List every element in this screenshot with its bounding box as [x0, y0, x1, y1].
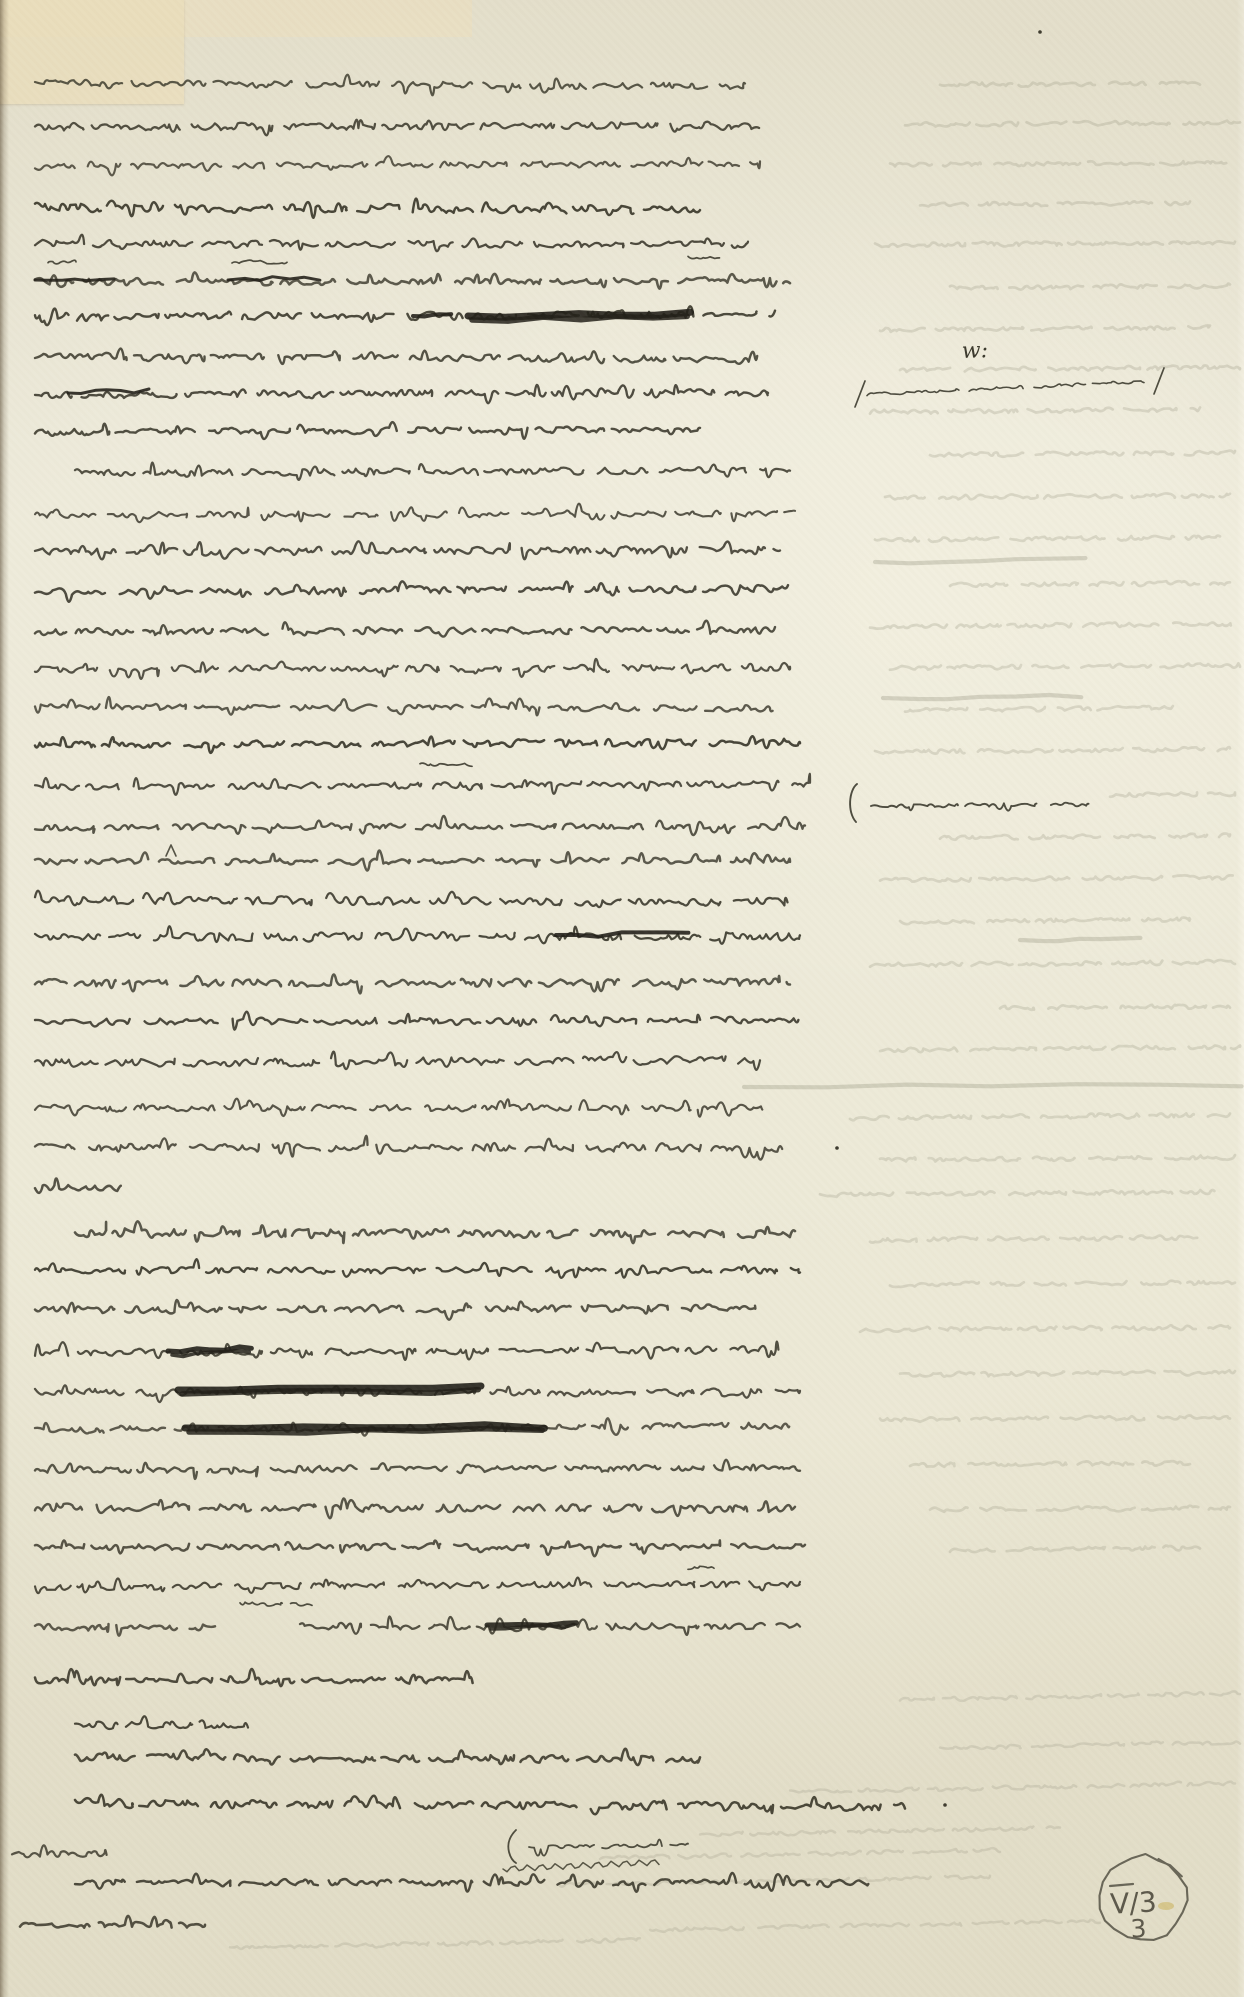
bleed-line	[890, 1281, 1235, 1287]
inserted-word	[420, 763, 472, 766]
handwritten-line	[35, 120, 759, 136]
bleed-line	[900, 365, 1240, 371]
handwritten-line	[35, 1178, 121, 1192]
bleed-line-bottom	[700, 1826, 1060, 1836]
handwritten-line	[35, 816, 805, 835]
bleed-strike-bar	[744, 1084, 1242, 1087]
bleed-line	[890, 161, 1226, 166]
strikethrough	[228, 277, 320, 281]
bleed-line-bottom	[940, 1741, 1240, 1749]
bleed-line	[920, 201, 1190, 206]
bleed-line	[905, 706, 1173, 712]
ink-layer: w: V/3 3	[0, 0, 1244, 1997]
bleed-line-bottom	[790, 1782, 1235, 1793]
ink-dot	[835, 1146, 839, 1150]
handwritten-line	[35, 1669, 473, 1686]
bleed-line	[940, 82, 1200, 87]
handwritten-line	[20, 1916, 205, 1928]
bleed-line	[880, 326, 1210, 332]
bleed-line	[900, 1370, 1235, 1376]
ink-dot	[943, 1803, 947, 1807]
bleed-line	[875, 241, 1235, 247]
bleed-line	[1110, 792, 1235, 796]
bleed-line	[910, 1461, 1190, 1467]
bleed-line	[875, 536, 1220, 542]
inserted-word	[688, 1566, 714, 1569]
bleed-line	[950, 1546, 1200, 1552]
bleed-line	[880, 875, 1233, 881]
bleed-line	[850, 1113, 1230, 1120]
bleed-line	[950, 581, 1230, 587]
handwritten-line	[75, 1795, 905, 1815]
roman-numeral-overline	[1110, 1884, 1133, 1886]
handwritten-line	[35, 736, 800, 753]
handwritten-line	[35, 1498, 795, 1518]
handwritten-line	[35, 1342, 778, 1360]
bleed-line	[930, 1506, 1230, 1512]
handwritten-line	[35, 697, 773, 715]
margin-note-slash-right	[1154, 368, 1164, 394]
bleed-line	[860, 1325, 1230, 1332]
bleed-line	[870, 408, 1200, 414]
caret-mark	[166, 845, 176, 856]
handwritten-line	[75, 1873, 868, 1892]
handwritten-line	[35, 659, 790, 679]
margin-note-slash-left	[855, 381, 865, 407]
handwritten-line	[35, 1624, 215, 1636]
bleed-line	[880, 1046, 1240, 1053]
inserted-word	[688, 256, 720, 258]
bleed-strike-bar	[883, 695, 1081, 699]
handwritten-line	[35, 75, 745, 96]
strikethrough	[413, 314, 451, 316]
handwritten-line	[35, 422, 700, 439]
margin-bracket	[850, 784, 857, 822]
paper-stain	[1158, 1902, 1174, 1910]
bleed-line	[820, 1190, 1214, 1197]
bleed-line	[950, 284, 1230, 290]
handwritten-line	[35, 272, 790, 288]
bleed-strike-bar	[875, 558, 1085, 563]
inserted-word	[232, 260, 287, 264]
ink-dot	[1038, 30, 1042, 34]
handwritten-line	[35, 1460, 800, 1479]
handwritten-line	[35, 349, 757, 364]
bleed-line	[870, 1236, 1197, 1243]
bleed-line	[870, 960, 1235, 967]
handwritten-line	[35, 1099, 762, 1117]
bleed-line	[875, 747, 1230, 753]
handwritten-line	[35, 235, 748, 251]
inserted-word	[48, 260, 76, 264]
handwritten-line	[75, 1716, 248, 1729]
bleed-line	[900, 918, 1190, 924]
strikethrough	[189, 1429, 542, 1433]
bleed-line-bottom	[900, 1691, 1240, 1701]
bleed-line-bottom	[230, 1938, 640, 1949]
bleed-line	[890, 663, 1240, 669]
handwritten-line	[35, 1578, 800, 1594]
handwritten-line	[35, 156, 760, 175]
bleed-line-bottom	[650, 1920, 1100, 1932]
handwritten-line	[35, 1540, 805, 1556]
handwritten-line	[35, 541, 780, 559]
handwritten-line	[35, 851, 790, 871]
handwritten-line	[12, 1845, 107, 1857]
handwritten-line	[35, 1052, 760, 1070]
inline-paren-note	[529, 1840, 688, 1856]
bleed-line	[880, 1155, 1235, 1161]
bleed-line-bottom	[600, 1848, 1000, 1859]
handwritten-line	[35, 1012, 798, 1030]
inserted-word	[240, 1602, 312, 1606]
bleed-line	[870, 622, 1231, 628]
bleed-strike-bar	[1020, 938, 1140, 941]
handwritten-line	[35, 385, 768, 403]
strikethrough	[35, 279, 114, 281]
margin-bracket-note	[871, 803, 1089, 811]
page-number-mark: V/3 3	[1100, 1854, 1188, 1945]
handwritten-line	[35, 1259, 800, 1278]
handwritten-line	[35, 891, 788, 907]
handwritten-line	[35, 974, 790, 993]
handwritten-line	[35, 504, 795, 523]
bleed-line	[940, 834, 1230, 840]
handwritten-line	[35, 199, 700, 218]
handwritten-line	[35, 1300, 755, 1320]
wavy-underline	[503, 1860, 659, 1872]
handwritten-line	[75, 1749, 700, 1765]
handwritten-line	[35, 621, 775, 637]
handwritten-line	[35, 1136, 782, 1160]
bleed-line	[1000, 1005, 1230, 1010]
margin-note-w-label: w:	[961, 338, 988, 364]
bleed-line	[930, 451, 1235, 457]
handwritten-line	[35, 926, 800, 943]
inline-paren	[508, 1830, 516, 1863]
handwritten-line	[75, 463, 790, 480]
margin-slant-note	[867, 381, 1144, 396]
handwritten-line	[35, 774, 810, 795]
manuscript-scan: w: V/3 3	[0, 0, 1244, 1997]
bleed-line	[885, 493, 1230, 499]
bleed-line	[905, 121, 1240, 127]
bleed-line	[880, 1415, 1230, 1421]
handwritten-line	[75, 1221, 795, 1243]
handwritten-line	[35, 581, 788, 601]
